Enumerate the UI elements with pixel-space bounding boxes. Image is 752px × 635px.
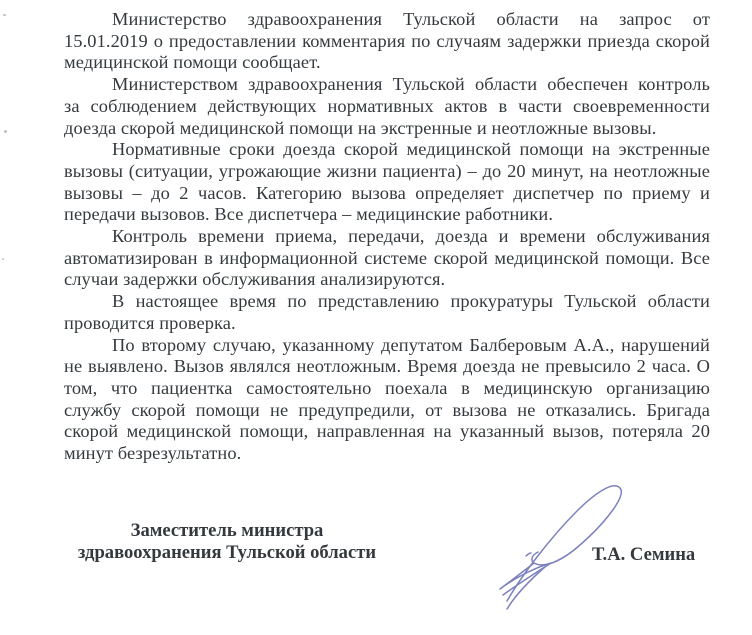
body-line: доезда скорой медицинской помощи на экст… xyxy=(64,118,710,140)
body-line: медицинской помощи сообщает. xyxy=(64,52,710,74)
body-line: 15.01.2019 о предоставлении комментария … xyxy=(64,31,710,53)
body-line: вызовы (ситуации, угрожающие жизни пацие… xyxy=(64,161,710,183)
body-line: Министерством здравоохранения Тульской о… xyxy=(64,74,710,96)
signer-title-line1: Заместитель министра xyxy=(58,520,396,542)
signer-title: Заместитель министра здравоохранения Тул… xyxy=(58,520,396,564)
body-line: проводится проверка. xyxy=(64,313,710,335)
signer-name: Т.А. Семина xyxy=(592,544,695,566)
body-line: том, что пациентка самостоятельно поехал… xyxy=(64,378,710,400)
body-line: Министерство здравоохранения Тульской об… xyxy=(64,9,710,31)
letter-page: Министерство здравоохранения Тульской об… xyxy=(0,0,752,635)
body-line: Контроль времени приема, передачи, доезд… xyxy=(64,226,710,248)
body-line: автоматизирован в информационной системе… xyxy=(64,248,710,270)
scan-speck xyxy=(4,130,7,133)
body-line: случаи задержки обслуживания анализируют… xyxy=(64,269,710,291)
body-line: за соблюдением действующих нормативных а… xyxy=(64,96,710,118)
scan-speck xyxy=(2,258,4,260)
body-line: минут безрезультатно. xyxy=(64,443,710,465)
body-line: По второму случаю, указанному депутатом … xyxy=(64,335,710,357)
body-line: скорой медицинской помощи, направленная … xyxy=(64,421,710,443)
body-line: Нормативные сроки доезда скорой медицинс… xyxy=(64,139,710,161)
body-line: передачи вызовов. Все диспетчера – медиц… xyxy=(64,204,710,226)
body-line: вызовы – до 2 часов. Категорию вызова оп… xyxy=(64,183,710,205)
body-line: В настоящее время по представлению проку… xyxy=(64,291,710,313)
scan-speck xyxy=(3,14,6,16)
signer-title-line2: здравоохранения Тульской области xyxy=(58,542,396,564)
body-line: не выявлено. Вызов являлся неотложным. В… xyxy=(64,356,710,378)
letter-body: Министерство здравоохранения Тульской об… xyxy=(64,9,710,465)
body-line: службу скорой помощи не предупредили, от… xyxy=(64,400,710,422)
